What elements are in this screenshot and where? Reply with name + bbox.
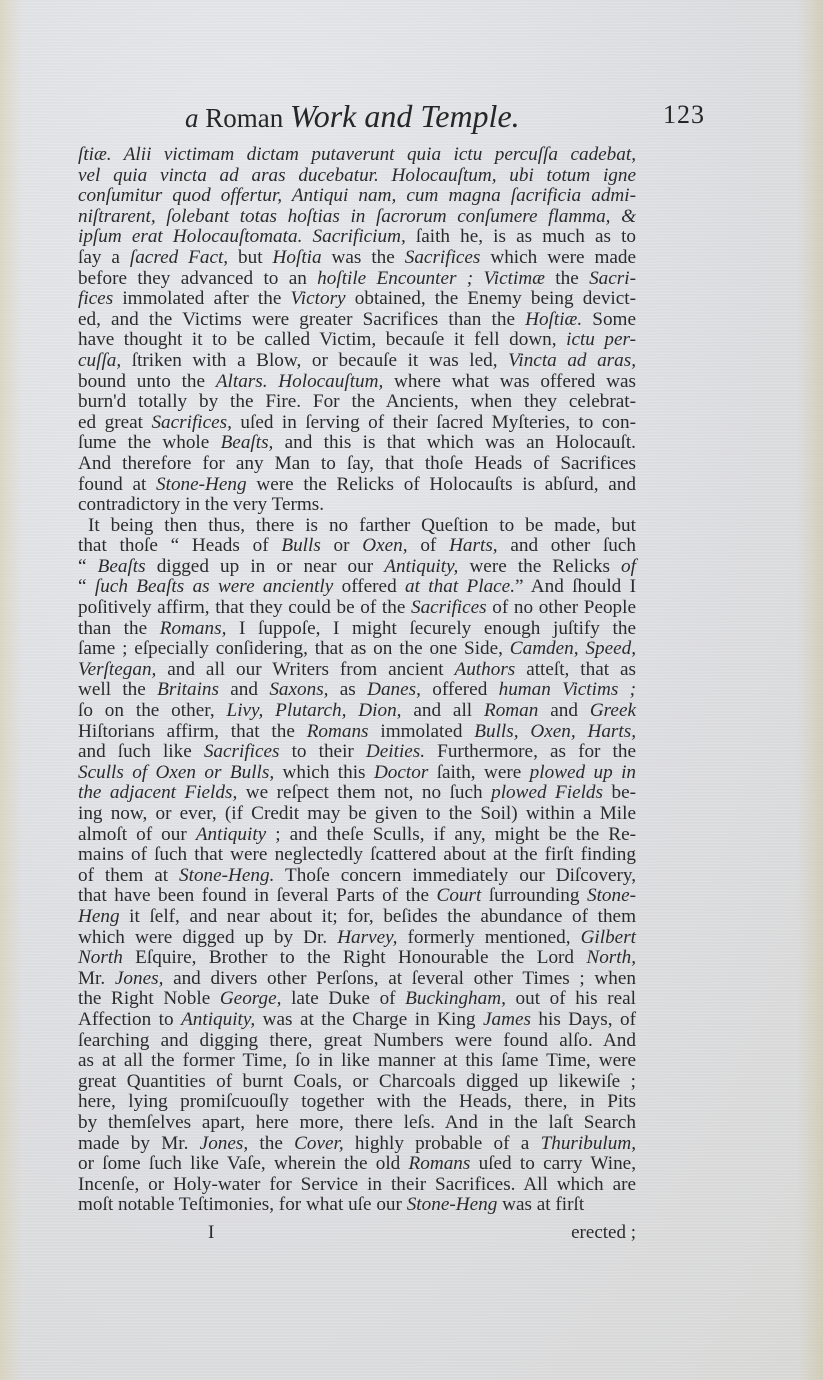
roman-run: and divers other Perſons, at ſeveral oth…	[163, 968, 636, 989]
roman-run: was at firſt	[497, 1194, 584, 1215]
roman-run: that thoſe “ Heads of	[78, 535, 281, 556]
text-line: made by Mr. Jones, the Cover, highly pro…	[78, 1134, 636, 1155]
roman-run: mains of ſuch that were neglectedly ſcat…	[78, 844, 636, 865]
roman-run: “	[78, 576, 95, 597]
italic-run: hoſtile Encounter ; Victimæ	[317, 268, 545, 289]
italic-run: Court	[437, 885, 482, 906]
italic-run: plowed Fields	[491, 782, 603, 803]
text-line: Affection to Antiquity, was at the Charg…	[78, 1010, 636, 1031]
roman-run: Incenſe, or Holy-water for Service in th…	[78, 1174, 636, 1195]
italic-run: Victory	[291, 288, 346, 309]
page-number: 123	[663, 100, 705, 130]
roman-run: be-	[603, 782, 636, 803]
roman-run: obtained, the Enemy being devict-	[346, 288, 636, 309]
italic-run: Beaſts,	[221, 432, 274, 453]
text-line: by themſelves apart, here more, there le…	[78, 1113, 636, 1134]
roman-run: offered	[333, 576, 405, 597]
roman-run: to their	[280, 741, 366, 762]
roman-run: that have been found in ſeveral Parts of…	[78, 885, 437, 906]
italic-run: Hoſtia	[273, 247, 322, 268]
roman-run: late Duke of	[281, 988, 405, 1009]
italic-run: Antiquity,	[384, 556, 458, 577]
text-line: fices immolated after the Victory obtain…	[78, 289, 636, 310]
running-head: a Roman Work and Temple. 123	[185, 98, 705, 138]
italic-run: Sacrifices	[405, 247, 481, 268]
text-line: have thought it to be called Victim, bec…	[78, 330, 636, 351]
catchword: erected ;	[571, 1222, 636, 1244]
book-page: a Roman Work and Temple. 123 ſtiæ. Alii …	[0, 0, 823, 1380]
text-line: great Quantities of burnt Coals, or Char…	[78, 1072, 636, 1093]
roman-run: atteſt, that as	[515, 659, 636, 680]
roman-run: and this is that which was an Holocauſt.	[273, 432, 636, 453]
italic-run: ictu per-	[566, 329, 636, 350]
roman-run: were the Relicks	[458, 556, 621, 577]
body-text: ſtiæ. Alii victimam dictam putaverunt qu…	[78, 145, 636, 1216]
text-line: Verſtegan, and all our Writers from anci…	[78, 660, 636, 681]
text-line: well the Britains and Saxons, as Danes, …	[78, 680, 636, 701]
roman-run: found at	[78, 474, 156, 495]
italic-run: Jones,	[200, 1133, 248, 1154]
roman-run: was at the Charge in King	[255, 1009, 483, 1030]
italic-run: Sacri-	[589, 268, 636, 289]
text-line: Hiſtorians affirm, that the Romans immol…	[78, 722, 636, 743]
running-head-prefix: a	[185, 103, 199, 133]
italic-run: Deities.	[366, 741, 425, 762]
roman-run: ſearching and digging there, great Numbe…	[78, 1030, 636, 1051]
text-line: Heng it ſelf, and near about it; for, be…	[78, 907, 636, 928]
italic-run: Sacrifices,	[151, 412, 231, 433]
page-footer: I erected ;	[78, 1222, 636, 1244]
roman-run: and all our Writers from ancient	[156, 659, 454, 680]
roman-run: uſed in ſerving of their ſacred Myſterie…	[232, 412, 636, 433]
roman-run: I ſuppoſe, I might ſecurely enough juſti…	[226, 618, 636, 639]
roman-run: than the	[78, 618, 160, 639]
italic-run: conſumitur quod offertur, Antiqui nam, c…	[78, 185, 636, 206]
italic-run: fices	[78, 288, 113, 309]
italic-run: the adjacent Fields,	[78, 782, 237, 803]
running-head-italic: Work and Temple.	[290, 98, 520, 134]
italic-run: Cover,	[294, 1133, 344, 1154]
text-line: conſumitur quod offertur, Antiqui nam, c…	[78, 186, 636, 207]
italic-run: Antiquity,	[181, 1009, 255, 1030]
roman-run: as	[328, 679, 367, 700]
roman-run: ” And ſhould I	[515, 576, 636, 597]
text-line: It being then thus, there is no farther …	[78, 516, 636, 537]
text-line: that thoſe “ Heads of Bulls or Oxen, of …	[78, 536, 636, 557]
roman-run: Furthermore, as for the	[425, 741, 636, 762]
italic-run: Romans	[307, 721, 369, 742]
italic-run: Saxons,	[269, 679, 328, 700]
italic-run: Sculls of Oxen or Bulls,	[78, 762, 274, 783]
text-line: before they advanced to an hoſtile Encou…	[78, 269, 636, 290]
roman-run: bound unto the	[78, 371, 216, 392]
roman-run: made by Mr.	[78, 1133, 200, 1154]
italic-run: Stone-	[587, 885, 636, 906]
roman-run: ſaith, were	[428, 762, 529, 783]
roman-run: of no other People	[487, 597, 636, 618]
roman-run: was the	[322, 247, 405, 268]
roman-run: by themſelves apart, here more, there le…	[78, 1112, 636, 1133]
roman-run: have thought it to be called Victim, bec…	[78, 329, 566, 350]
roman-run: ſame ; eſpecially conſidering, that as o…	[78, 638, 510, 659]
roman-run: which were digged up by Dr.	[78, 927, 337, 948]
roman-run: where what was offered was	[383, 371, 636, 392]
roman-run: moſt notable Teſtimonies, for what uſe o…	[78, 1194, 407, 1215]
roman-run: great Quantities of burnt Coals, or Char…	[78, 1071, 636, 1092]
italic-run: Jones,	[115, 968, 163, 989]
roman-run: out of his real	[506, 988, 636, 1009]
roman-run: almoſt of our	[78, 824, 196, 845]
roman-run: Thoſe concern immediately our Diſcovery,	[274, 865, 636, 886]
running-head-title: a Roman Work and Temple.	[185, 98, 520, 135]
text-line: mains of ſuch that were neglectedly ſcat…	[78, 845, 636, 866]
italic-run: Altars. Holocauſtum,	[216, 371, 383, 392]
italic-run: Sacrifices	[204, 741, 280, 762]
italic-run: Stone-Heng	[407, 1194, 498, 1215]
roman-run: as at all the former Time, ſo in like ma…	[78, 1050, 636, 1071]
italic-run: Camden, Speed,	[510, 638, 636, 659]
text-line: ſay a ſacred Fact, but Hoſtia was the Sa…	[78, 248, 636, 269]
roman-run: ſume the whole	[78, 432, 221, 453]
roman-run: well the	[78, 679, 157, 700]
roman-run: or ſome ſuch like Vaſe, wherein the old	[78, 1153, 409, 1174]
italic-run: niſtrarent, ſolebant totas hoſtias in ſa…	[78, 206, 636, 227]
roman-run: the	[248, 1133, 294, 1154]
page-edge-right	[797, 0, 823, 1380]
text-line: Sculls of Oxen or Bulls, which this Doct…	[78, 763, 636, 784]
roman-run: the Right Noble	[78, 988, 220, 1009]
text-line: of them at Stone-Heng. Thoſe concern imm…	[78, 866, 636, 887]
italic-run: ipſum erat Holocauſtomata. Sacrificium,	[78, 226, 406, 247]
roman-run: Hiſtorians affirm, that the	[78, 721, 307, 742]
italic-run: North	[78, 947, 123, 968]
text-line: almoſt of our Antiquity ; and theſe Scul…	[78, 825, 636, 846]
roman-run: “	[78, 556, 98, 577]
text-line: Incenſe, or Holy-water for Service in th…	[78, 1175, 636, 1196]
italic-run: Harts,	[449, 535, 498, 556]
text-line: ſume the whole Beaſts, and this is that …	[78, 433, 636, 454]
text-line: ed, and the Victims were greater Sacrifi…	[78, 310, 636, 331]
italic-run: Buckingham,	[405, 988, 506, 1009]
italic-run: Britains	[157, 679, 219, 700]
italic-run: human Victims ;	[499, 679, 636, 700]
text-line: or ſome ſuch like Vaſe, wherein the old …	[78, 1154, 636, 1175]
roman-run: immolated	[369, 721, 475, 742]
roman-run: ſay a	[78, 247, 130, 268]
italic-run: Romans,	[160, 618, 227, 639]
roman-run: it ſelf, and near about it; for, beſides…	[120, 906, 636, 927]
roman-run: we reſpect them not, no ſuch	[237, 782, 491, 803]
text-line: than the Romans, I ſuppoſe, I might ſecu…	[78, 619, 636, 640]
italic-run: Bulls	[281, 535, 320, 556]
roman-run: It being then thus, there is no farther …	[88, 515, 636, 536]
roman-run: here, lying promiſcuouſly together with …	[78, 1091, 636, 1112]
text-line: which were digged up by Dr. Harvey, form…	[78, 928, 636, 949]
roman-run: and ſuch like	[78, 741, 204, 762]
roman-run: and other ſuch	[498, 535, 636, 556]
text-line: and ſuch like Sacrifices to their Deitie…	[78, 742, 636, 763]
roman-run: highly probable of a	[344, 1133, 541, 1154]
italic-run: Gilbert	[581, 927, 636, 948]
italic-run: James	[483, 1009, 531, 1030]
italic-run: at that Place.	[405, 576, 515, 597]
roman-run: immolated after the	[113, 288, 290, 309]
roman-run: ing now, or ever, (if Credit may be give…	[78, 803, 636, 824]
roman-run: which this	[274, 762, 374, 783]
roman-run: offered	[421, 679, 499, 700]
italic-run: Verſtegan,	[78, 659, 156, 680]
roman-run: contradictory in the very Terms.	[78, 494, 324, 515]
roman-run: And therefore for any Man to ſay, that t…	[78, 453, 636, 474]
text-line: niſtrarent, ſolebant totas hoſtias in ſa…	[78, 207, 636, 228]
text-line: ſame ; eſpecially conſidering, that as o…	[78, 639, 636, 660]
italic-run: George,	[220, 988, 282, 1009]
text-line: contradictory in the very Terms.	[78, 495, 636, 516]
roman-run: but	[228, 247, 272, 268]
roman-run: of	[408, 535, 450, 556]
roman-run: ſaith he, is as much as to	[406, 226, 636, 247]
roman-run: formerly mentioned,	[397, 927, 580, 948]
page-edge-left	[0, 0, 22, 1380]
roman-run: Eſquire, Brother to the Right Honourable…	[123, 947, 587, 968]
text-line: bound unto the Altars. Holocauſtum, wher…	[78, 372, 636, 393]
text-line: ſtiæ. Alii victimam dictam putaverunt qu…	[78, 145, 636, 166]
text-line: North Eſquire, Brother to the Right Hono…	[78, 948, 636, 969]
roman-run: Some	[582, 309, 636, 330]
roman-run: ſurrounding	[481, 885, 587, 906]
text-line: the adjacent Fields, we reſpect them not…	[78, 783, 636, 804]
italic-run: Beaſts	[98, 556, 146, 577]
italic-run: Doctor	[374, 762, 428, 783]
roman-run: before they advanced to an	[78, 268, 317, 289]
italic-run: Authors	[454, 659, 515, 680]
text-line: moſt notable Teſtimonies, for what uſe o…	[78, 1195, 636, 1216]
roman-run: of them at	[78, 865, 179, 886]
text-line: “ ſuch Beaſts as were anciently offered …	[78, 577, 636, 598]
roman-run: poſitively affirm, that they could be of…	[78, 597, 411, 618]
text-line: ing now, or ever, (if Credit may be give…	[78, 804, 636, 825]
italic-run: cuſſa,	[78, 350, 121, 371]
text-line: “ Beaſts digged up in or near our Antiqu…	[78, 557, 636, 578]
italic-run: Heng	[78, 906, 120, 927]
italic-run: plowed up in	[530, 762, 636, 783]
text-line: ipſum erat Holocauſtomata. Sacrificium, …	[78, 227, 636, 248]
roman-run: and	[219, 679, 269, 700]
roman-run: his Days, of	[531, 1009, 636, 1030]
text-line: cuſſa, ſtriken with a Blow, or becauſe i…	[78, 351, 636, 372]
roman-run: and	[538, 700, 589, 721]
italic-run: Thuribulum,	[541, 1133, 636, 1154]
italic-run: Antiquity	[196, 824, 266, 845]
italic-run: ſacred Fact,	[130, 247, 228, 268]
text-line: ſearching and digging there, great Numbe…	[78, 1031, 636, 1052]
italic-run: ſtiæ. Alii victimam dictam putaverunt qu…	[78, 144, 636, 165]
text-line: found at Stone-Heng were the Relicks of …	[78, 475, 636, 496]
italic-run: Stone-Heng.	[179, 865, 274, 886]
text-line: that have been found in ſeveral Parts of…	[78, 886, 636, 907]
italic-run: Livy, Plutarch, Dion,	[227, 700, 402, 721]
italic-run: of	[621, 556, 636, 577]
italic-run: vel quia vincta ad aras ducebatur. Holoc…	[78, 165, 636, 186]
italic-run: Vincta ad aras,	[508, 350, 636, 371]
roman-run: burn'd totally by the Fire. For the Anci…	[78, 391, 636, 412]
italic-run: Harvey,	[337, 927, 397, 948]
text-line: here, lying promiſcuouſly together with …	[78, 1092, 636, 1113]
text-line: the Right Noble George, late Duke of Buc…	[78, 989, 636, 1010]
roman-run: digged up in or near our	[146, 556, 385, 577]
roman-run: or	[321, 535, 363, 556]
roman-run: ed, and the Victims were greater Sacrifi…	[78, 309, 525, 330]
signature-mark: I	[208, 1222, 214, 1244]
roman-run: Affection to	[78, 1009, 181, 1030]
roman-run: the	[545, 268, 589, 289]
italic-run: Bulls, Oxen, Harts,	[474, 721, 636, 742]
italic-run: Romans	[409, 1153, 471, 1174]
italic-run: Danes,	[367, 679, 421, 700]
text-line: ſo on the other, Livy, Plutarch, Dion, a…	[78, 701, 636, 722]
italic-run: Hoſtiæ.	[525, 309, 582, 330]
italic-run: Sacrifices	[411, 597, 487, 618]
running-head-roman: Roman	[205, 103, 283, 133]
italic-run: North,	[586, 947, 636, 968]
roman-run: and all	[401, 700, 484, 721]
roman-run: Mr.	[78, 968, 115, 989]
roman-run: ; and theſe Sculls, if any, might be the…	[266, 824, 636, 845]
roman-run: ſo on the other,	[78, 700, 227, 721]
roman-run: ed great	[78, 412, 151, 433]
text-line: Mr. Jones, and divers other Perſons, at …	[78, 969, 636, 990]
text-line: as at all the former Time, ſo in like ma…	[78, 1051, 636, 1072]
text-line: ed great Sacrifices, uſed in ſerving of …	[78, 413, 636, 434]
italic-run: Roman	[484, 700, 538, 721]
roman-run: which were made	[480, 247, 636, 268]
text-line: And therefore for any Man to ſay, that t…	[78, 454, 636, 475]
italic-run: Greek	[590, 700, 636, 721]
roman-run: uſed to carry Wine,	[470, 1153, 636, 1174]
text-line: vel quia vincta ad aras ducebatur. Holoc…	[78, 166, 636, 187]
text-line: poſitively affirm, that they could be of…	[78, 598, 636, 619]
text-line: burn'd totally by the Fire. For the Anci…	[78, 392, 636, 413]
italic-run: Oxen,	[362, 535, 407, 556]
roman-run: ſtriken with a Blow, or becauſe it was l…	[121, 350, 508, 371]
italic-run: Stone-Heng	[156, 474, 247, 495]
roman-run: were the Relicks of Holocauſts is abſurd…	[247, 474, 636, 495]
italic-run: ſuch Beaſts as were anciently	[95, 576, 333, 597]
